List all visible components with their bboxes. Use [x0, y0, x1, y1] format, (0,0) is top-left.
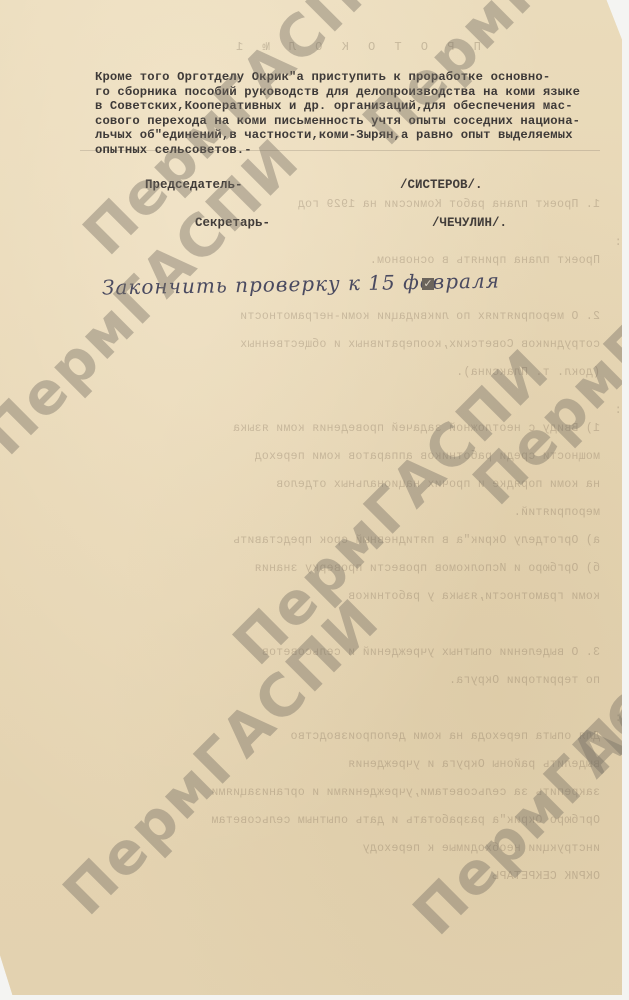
bleed-line: Для опыта перехода на коми делопроизводс… — [60, 730, 600, 744]
signature-name: /ЧЕЧУЛИН/. — [432, 216, 507, 230]
document-page: П Р О Т О К О Л № 1 С Л У Ш А Л И :1. Пр… — [0, 0, 622, 995]
bleed-line: выделить районы Округа и учреждения — [60, 758, 600, 772]
watermark: ПермГАСПИ — [560, 446, 622, 788]
bleed-line: мероприятий. — [60, 506, 600, 520]
bleed-line: П О С Т А Н О В И Л И : — [240, 236, 622, 250]
checkmark-icon: ✓ — [422, 278, 434, 290]
signature-name: /СИСТЕРОВ/. — [400, 178, 483, 192]
